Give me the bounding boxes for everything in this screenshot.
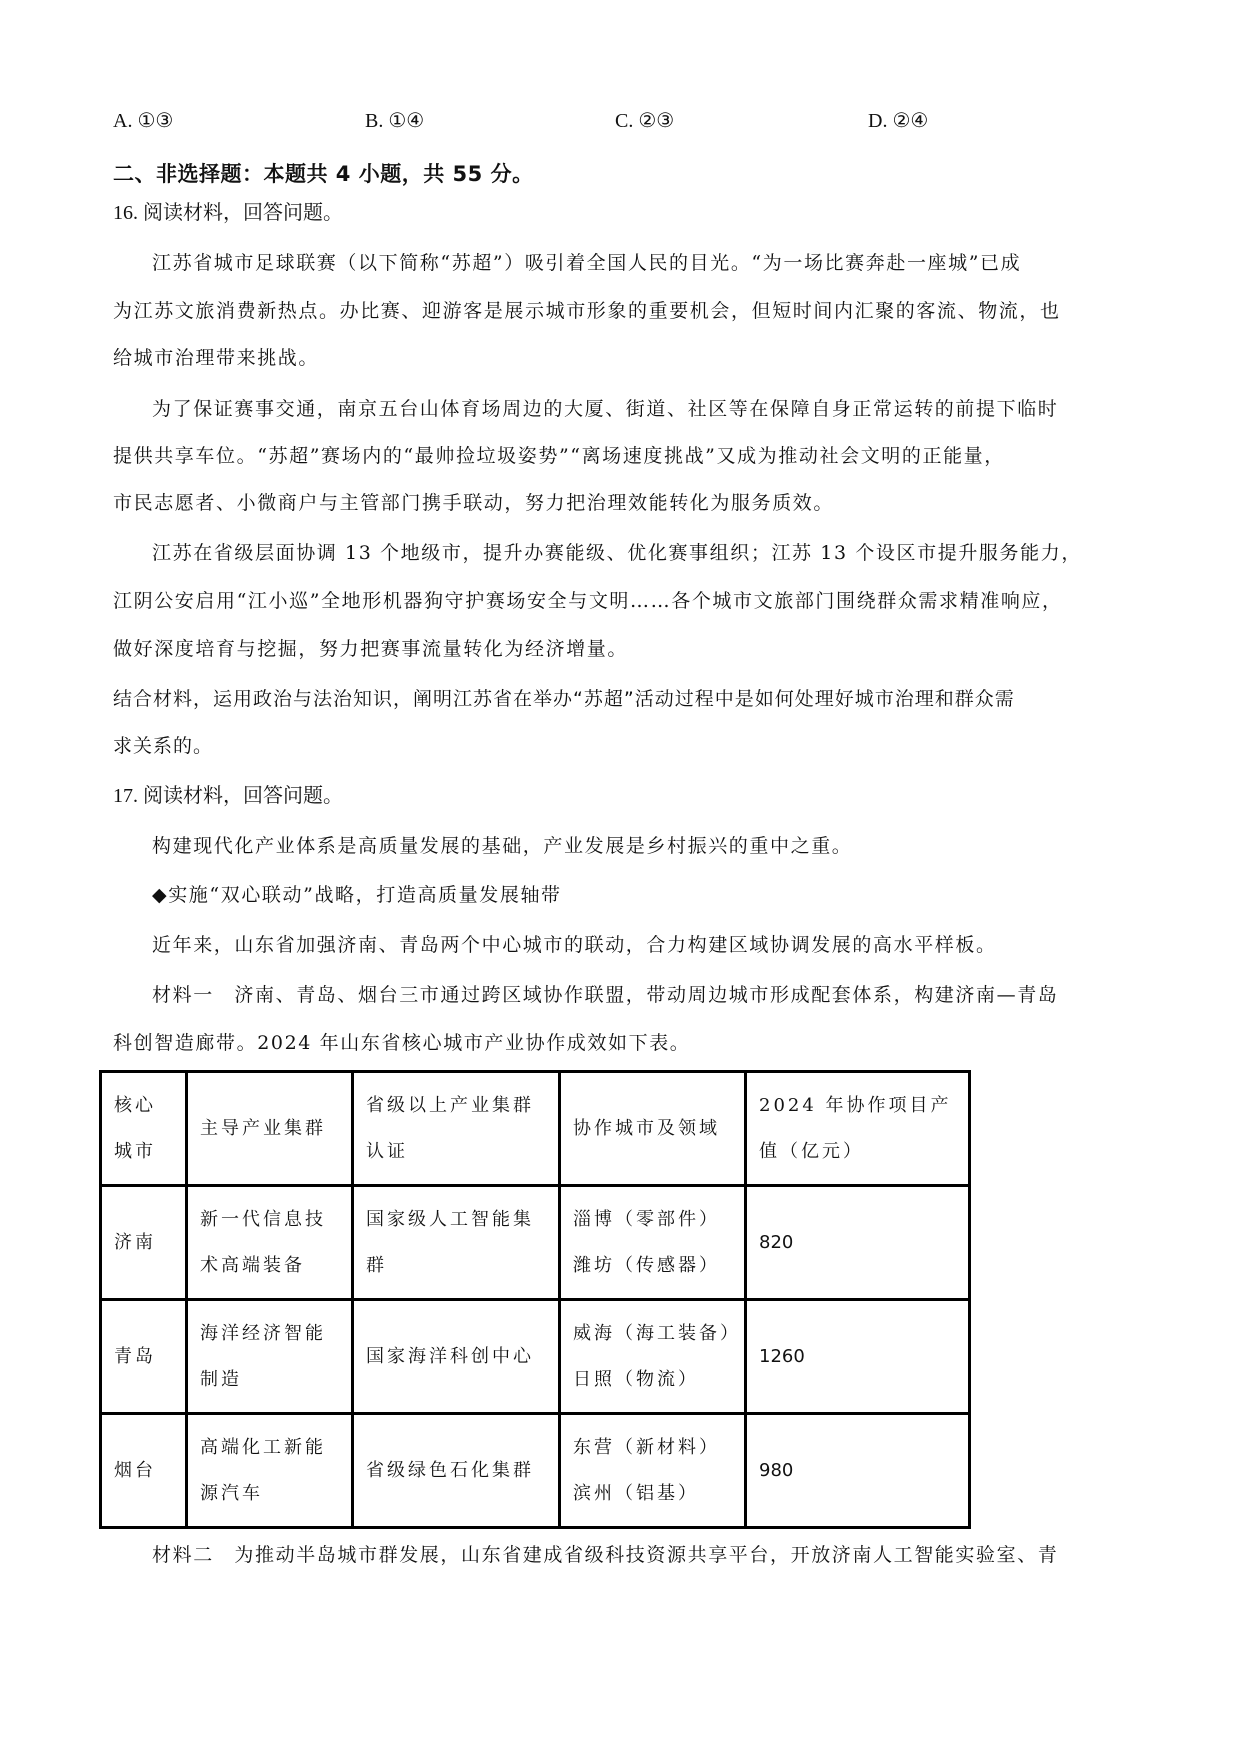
q17-material2-line: 材料二 为推动半岛城市群发展，山东省建成省级科技资源共享平台，开放济南人工智能实… — [152, 1542, 1058, 1568]
q17-para-line: 构建现代化产业体系是高质量发展的基础，产业发展是乡村振兴的重中之重。 — [152, 833, 852, 859]
industry-cell: 新一代信息技 术高端装备 — [187, 1186, 353, 1300]
header-text: 省级以上产业集群 — [366, 1083, 546, 1129]
certification-cell: 国家海洋科创中心 — [353, 1300, 560, 1414]
option-b: B. ①④ — [365, 108, 424, 133]
q16-para-line: 为了保证赛事交通，南京五台山体育场周边的大厦、街道、社区等在保障自身正常运转的前… — [152, 396, 1058, 422]
q17-material1-line: 科创智造廊带。2024 年山东省核心城市产业协作成效如下表。 — [113, 1030, 690, 1056]
header-text: 协作城市及领域 — [573, 1106, 732, 1152]
cell-text: 海洋经济智能 — [200, 1311, 339, 1357]
city-cell: 济南 — [101, 1186, 187, 1300]
partners-cell: 威海（海工装备） 日照（物流） — [560, 1300, 746, 1414]
header-text: 值（亿元） — [759, 1129, 956, 1175]
city-cell: 烟台 — [101, 1414, 187, 1528]
q16-para-line: 江苏在省级层面协调 13 个地级市，提升办赛能级、优化赛事组织；江苏 13 个设… — [152, 540, 1082, 566]
option-a: A. ①③ — [113, 108, 173, 133]
section-heading: 二、非选择题：本题共 4 小题，共 55 分。 — [113, 158, 534, 188]
city-cell: 青岛 — [101, 1300, 187, 1414]
header-text: 主导产业集群 — [200, 1106, 339, 1152]
q17-subheading: ◆实施“双心联动”战略，打造高质量发展轴带 — [152, 882, 562, 908]
cell-text: 新一代信息技 — [200, 1197, 339, 1243]
certification-cell: 省级绿色石化集群 — [353, 1414, 560, 1528]
header-text: 核心 — [114, 1083, 173, 1129]
industry-cell: 海洋经济智能 制造 — [187, 1300, 353, 1414]
value-cell: 980 — [746, 1414, 970, 1528]
header-cell: 核心 城市 — [101, 1072, 187, 1186]
q16-question-line: 结合材料，运用政治与法治知识，阐明江苏省在举办“苏超”活动过程中是如何处理好城市… — [113, 686, 1015, 712]
value-cell: 1260 — [746, 1300, 970, 1414]
table-row: 青岛 海洋经济智能 制造 国家海洋科创中心 威海（海工装备） 日照（物流） 12… — [101, 1300, 970, 1414]
cell-text: 高端化工新能 — [200, 1425, 339, 1471]
cell-text: 日照（物流） — [573, 1357, 732, 1403]
header-cell: 2024 年协作项目产 值（亿元） — [746, 1072, 970, 1186]
q16-para-line: 江阴公安启用“江小巡”全地形机器狗守护赛场安全与文明……各个城市文旅部门围绕群众… — [113, 588, 1063, 614]
q16-para-line: 给城市治理带来挑战。 — [113, 345, 319, 371]
q16-para-line: 做好深度培育与挖掘，努力把赛事流量转化为经济增量。 — [113, 636, 628, 662]
partners-cell: 淄博（零部件） 潍坊（传感器） — [560, 1186, 746, 1300]
value-cell: 820 — [746, 1186, 970, 1300]
q17-para-line: 近年来，山东省加强济南、青岛两个中心城市的联动，合力构建区域协调发展的高水平样板… — [152, 932, 997, 958]
header-cell: 主导产业集群 — [187, 1072, 353, 1186]
q17-material1-line: 材料一 济南、青岛、烟台三市通过跨区域协作联盟，带动周边城市形成配套体系，构建济… — [152, 982, 1058, 1008]
header-cell: 省级以上产业集群 认证 — [353, 1072, 560, 1186]
header-cell: 协作城市及领域 — [560, 1072, 746, 1186]
q16-title: 16. 阅读材料，回答问题。 — [113, 200, 343, 226]
cell-text: 制造 — [200, 1357, 339, 1403]
table-row: 济南 新一代信息技 术高端装备 国家级人工智能集 群 淄博（零部件） 潍坊（传感… — [101, 1186, 970, 1300]
q16-para-line: 为江苏文旅消费新热点。办比赛、迎游客是展示城市形象的重要机会，但短时间内汇聚的客… — [113, 298, 1061, 324]
cell-text: 术高端装备 — [200, 1243, 339, 1289]
cell-text: 东营（新材料） — [573, 1425, 732, 1471]
cell-text: 淄博（零部件） — [573, 1197, 732, 1243]
cell-text: 群 — [366, 1243, 546, 1289]
header-text: 认证 — [366, 1129, 546, 1175]
q16-para-line: 江苏省城市足球联赛（以下简称“苏超”）吸引着全国人民的目光。“为一场比赛奔赴一座… — [152, 250, 1021, 276]
cell-text: 省级绿色石化集群 — [366, 1448, 546, 1494]
q16-para-line: 市民志愿者、小微商户与主管部门携手联动，努力把治理效能转化为服务质效。 — [113, 490, 834, 516]
q17-title: 17. 阅读材料，回答问题。 — [113, 783, 343, 809]
q16-question-line: 求关系的。 — [113, 733, 213, 759]
header-text: 城市 — [114, 1129, 173, 1175]
industry-cooperation-table: 核心 城市 主导产业集群 省级以上产业集群 认证 协作城市及领域 2024 年协… — [99, 1070, 971, 1529]
cell-text: 滨州（铝基） — [573, 1471, 732, 1517]
option-d: D. ②④ — [868, 108, 928, 133]
table-header-row: 核心 城市 主导产业集群 省级以上产业集群 认证 协作城市及领域 2024 年协… — [101, 1072, 970, 1186]
industry-cell: 高端化工新能 源汽车 — [187, 1414, 353, 1528]
option-c: C. ②③ — [615, 108, 674, 133]
cell-text: 威海（海工装备） — [573, 1311, 732, 1357]
certification-cell: 国家级人工智能集 群 — [353, 1186, 560, 1300]
cell-text: 国家海洋科创中心 — [366, 1334, 546, 1380]
cell-text: 潍坊（传感器） — [573, 1243, 732, 1289]
table-row: 烟台 高端化工新能 源汽车 省级绿色石化集群 东营（新材料） 滨州（铝基） 98… — [101, 1414, 970, 1528]
q16-para-line: 提供共享车位。“苏超”赛场内的“最帅捡垃圾姿势”“离场速度挑战”又成为推动社会文… — [113, 443, 1005, 469]
header-text: 2024 年协作项目产 — [759, 1083, 956, 1129]
cell-text: 源汽车 — [200, 1471, 339, 1517]
cell-text: 国家级人工智能集 — [366, 1197, 546, 1243]
partners-cell: 东营（新材料） 滨州（铝基） — [560, 1414, 746, 1528]
